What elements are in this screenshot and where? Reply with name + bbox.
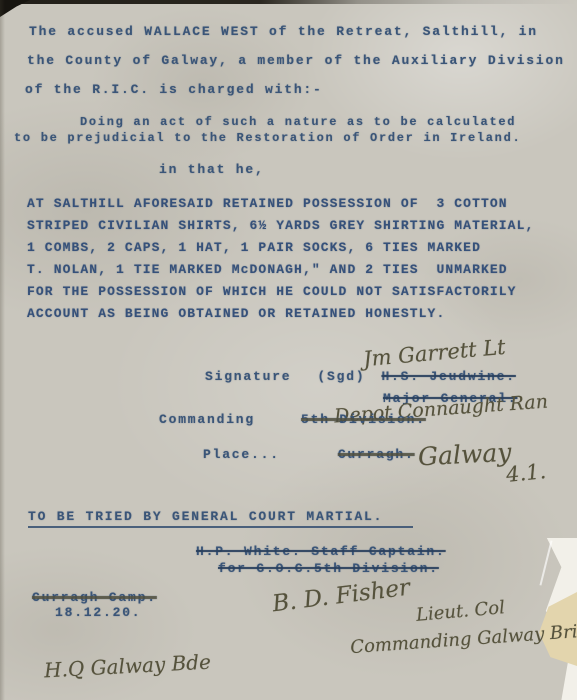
document-page: The accused WALLACE WEST of the Retreat,…	[0, 0, 577, 700]
intro-line-3: of the R.I.C. is charged with:-	[25, 82, 323, 97]
sgd-label: (Sgd)	[317, 369, 365, 384]
signature-row: Signature(Sgd)H.S. Jeudwine.	[205, 369, 516, 384]
handwritten-name-annotation: Jm Garrett Lt	[362, 335, 506, 371]
handwritten-place-annotation: Galway	[417, 438, 512, 472]
dateline-date: 18.12.20.	[55, 605, 141, 620]
handwritten-footer-note: H.Q Galway Bde	[43, 650, 211, 683]
particulars-line-1: AT SALTHILL AFORESAID RETAINED POSSESSIO…	[27, 196, 508, 211]
handwritten-approver-title: Commanding Galway Brigde	[350, 619, 577, 658]
in-that-he-line: in that he,	[159, 162, 265, 177]
signature-label: Signature	[205, 369, 291, 384]
paper-edge-top	[0, 0, 577, 4]
particulars-line-3: 1 COMBS, 2 CAPS, 1 HAT, 1 PAIR SOCKS, 6 …	[27, 240, 481, 255]
struck-place: Curragh.	[338, 447, 415, 462]
particulars-line-5: FOR THE POSSESSION OF WHICH HE COULD NOT…	[27, 284, 517, 299]
intro-line-2: the County of Galway, a member of the Au…	[27, 53, 565, 68]
paper-tear-crease	[539, 540, 552, 585]
particulars-line-4: T. NOLAN, 1 TIE MARKED McDONAGH," AND 2 …	[27, 262, 508, 277]
charge-summary-line-2: to be prejudicial to the Restoration of …	[14, 131, 521, 145]
charge-summary-line-1: Doing an act of such a nature as to be c…	[80, 115, 516, 129]
struck-command: 5th Division.	[301, 412, 426, 427]
place-row: Place...Curragh.	[203, 447, 415, 462]
dateline-place: Curragh Camp.	[32, 590, 157, 605]
trial-heading-row: TO BE TRIED BY GENERAL COURT MARTIAL.	[28, 509, 413, 524]
particulars-line-6: ACCOUNT AS BEING OBTAINED OR RETAINED HO…	[27, 306, 445, 321]
commanding-label: Commanding	[159, 412, 255, 427]
particulars-line-2: STRIPED CIVILIAN SHIRTS, 6½ YARDS GREY S…	[27, 218, 534, 233]
intro-line-1: The accused WALLACE WEST of the Retreat,…	[29, 24, 538, 39]
struck-signatory-name: H.S. Jeudwine.	[381, 369, 515, 384]
handwritten-date-annotation: 4.1.	[505, 459, 547, 487]
handwritten-approver-name: B. D. Fisher	[271, 575, 411, 618]
struck-officer-line: H.P. White. Staff Captain.	[196, 544, 446, 559]
struck-authority-line: for G.O.C.5th Division.	[218, 561, 439, 576]
trial-heading: TO BE TRIED BY GENERAL COURT MARTIAL.	[28, 509, 413, 528]
handwritten-approver-rank: Lieut. Col	[415, 597, 505, 626]
place-label: Place...	[203, 447, 280, 462]
commanding-row: Commanding5th Division.	[159, 412, 426, 427]
paper-edge-left	[0, 0, 5, 700]
